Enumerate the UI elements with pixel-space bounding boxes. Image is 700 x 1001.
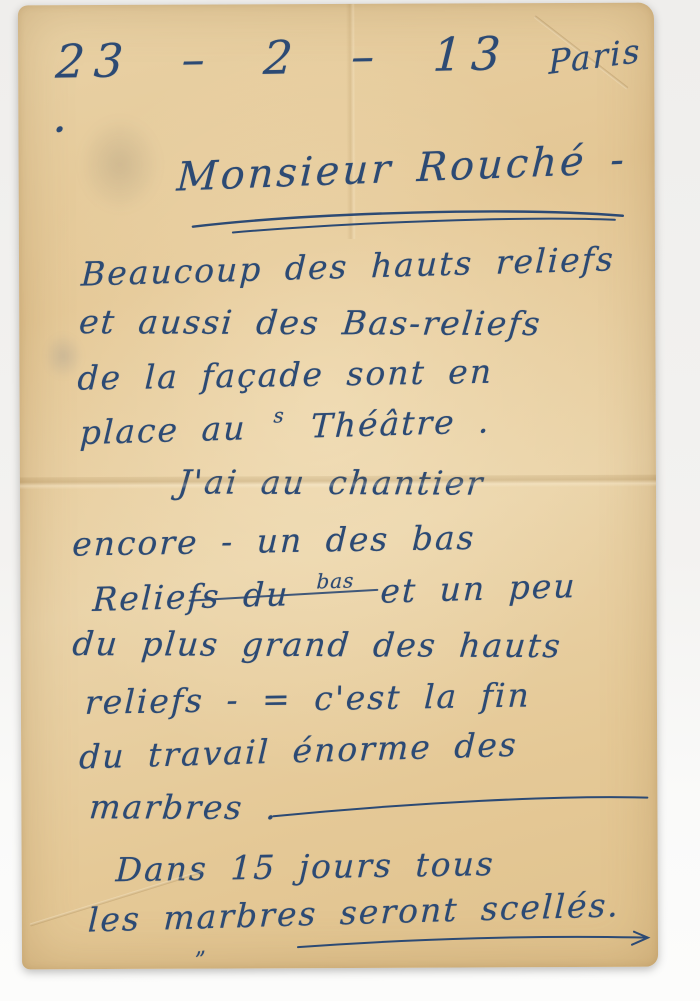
letter-paper: 23 – 2 – 13 . Paris Monsieur Rouché - Be… — [18, 3, 658, 970]
date-line: 23 – 2 – 13 . Paris — [54, 29, 642, 140]
body-line-with-insertion: place au s Théâtre . — [79, 404, 491, 449]
scan-background: { "page": { "background_color": "#f3f2f0… — [0, 0, 700, 1001]
superscript-insertion: bas — [316, 570, 355, 591]
place-text: Paris — [548, 31, 642, 82]
salutation: Monsieur Rouché - — [176, 137, 628, 201]
body-line: marbres . — [88, 790, 280, 824]
body-line: reliefs - = c'est la fin — [84, 678, 531, 718]
date-text: 23 – 2 – 13 . — [52, 26, 552, 143]
body-line: du plus grand des hauts — [71, 627, 563, 662]
body-line: Dans 15 jours tous — [115, 847, 495, 886]
edge-marks: „ — [192, 934, 207, 960]
body-line: et aussi des Bas-reliefs — [78, 305, 543, 340]
body-line: Beaucoup des hauts reliefs — [80, 242, 615, 290]
salutation-underline-flourish — [187, 205, 631, 239]
body-line: de la façade sont en — [77, 355, 494, 395]
body-line-prefix: place au — [79, 408, 247, 452]
body-line: du travail énorme des — [79, 728, 519, 774]
bottom-arrow-flourish — [294, 929, 664, 959]
body-line-rest: et un peu — [380, 566, 578, 611]
superscript-insertion: s — [273, 405, 285, 425]
body-line: J'ai au chantier — [176, 465, 485, 499]
body-line: encore - un des bas — [72, 521, 477, 561]
body-line-rest: Théâtre . — [310, 401, 492, 445]
marbres-underline-flourish — [271, 791, 653, 825]
